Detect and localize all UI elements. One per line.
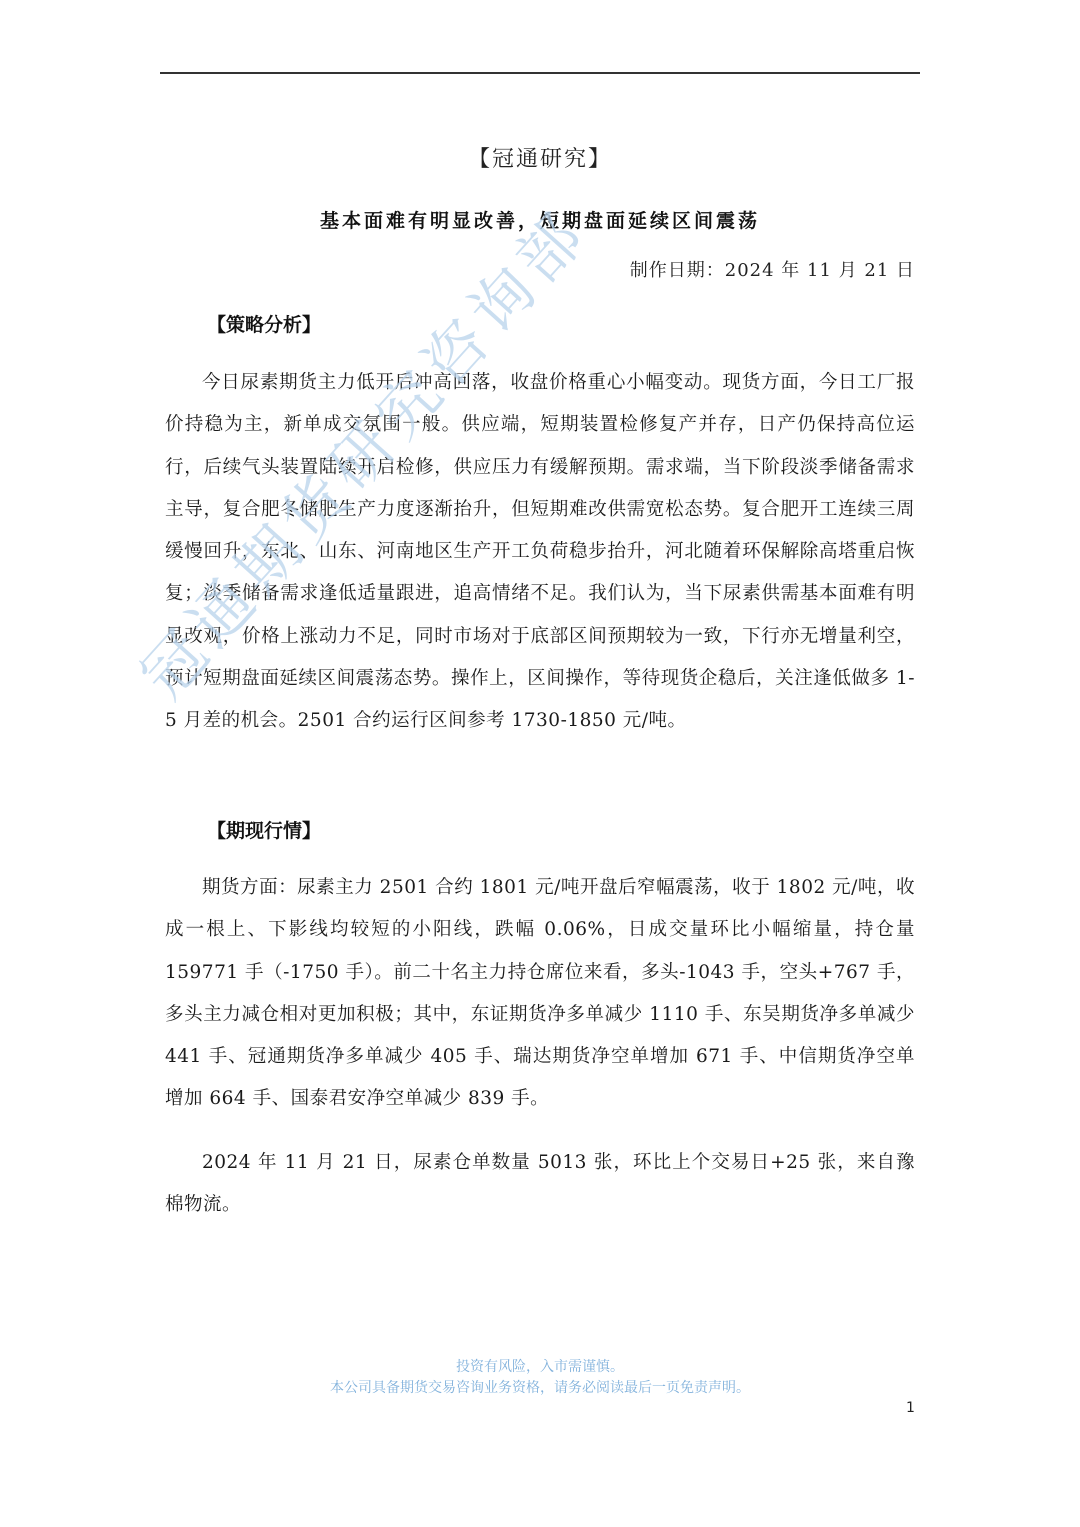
section-title-market: 【期现行情】 <box>207 816 321 843</box>
footer-risk-notice: 投资有风险，入市需谨慎。 <box>0 1356 1080 1376</box>
page-number: 1 <box>906 1400 915 1416</box>
market-paragraph-futures: 期货方面：尿素主力 2501 合约 1801 元/吨开盘后窄幅震荡，收于 180… <box>165 867 915 1121</box>
strategy-paragraph: 今日尿素期货主力低开后冲高回落，收盘价格重心小幅变动。现货方面，今日工厂报价持稳… <box>165 362 915 743</box>
header-rule <box>160 72 920 74</box>
section-title-strategy: 【策略分析】 <box>207 310 321 337</box>
footer-disclaimer: 本公司具备期货交易咨询业务资格，请务必阅读最后一页免责声明。 <box>0 1377 1080 1397</box>
report-headline: 基本面难有明显改善，短期盘面延续区间震荡 <box>0 206 1080 233</box>
brand-title: 【冠通研究】 <box>0 142 1080 173</box>
report-date: 制作日期：2024 年 11 月 21 日 <box>630 256 915 282</box>
market-paragraph-warehouse: 2024 年 11 月 21 日，尿素仓单数量 5013 张，环比上个交易日+2… <box>165 1142 915 1227</box>
